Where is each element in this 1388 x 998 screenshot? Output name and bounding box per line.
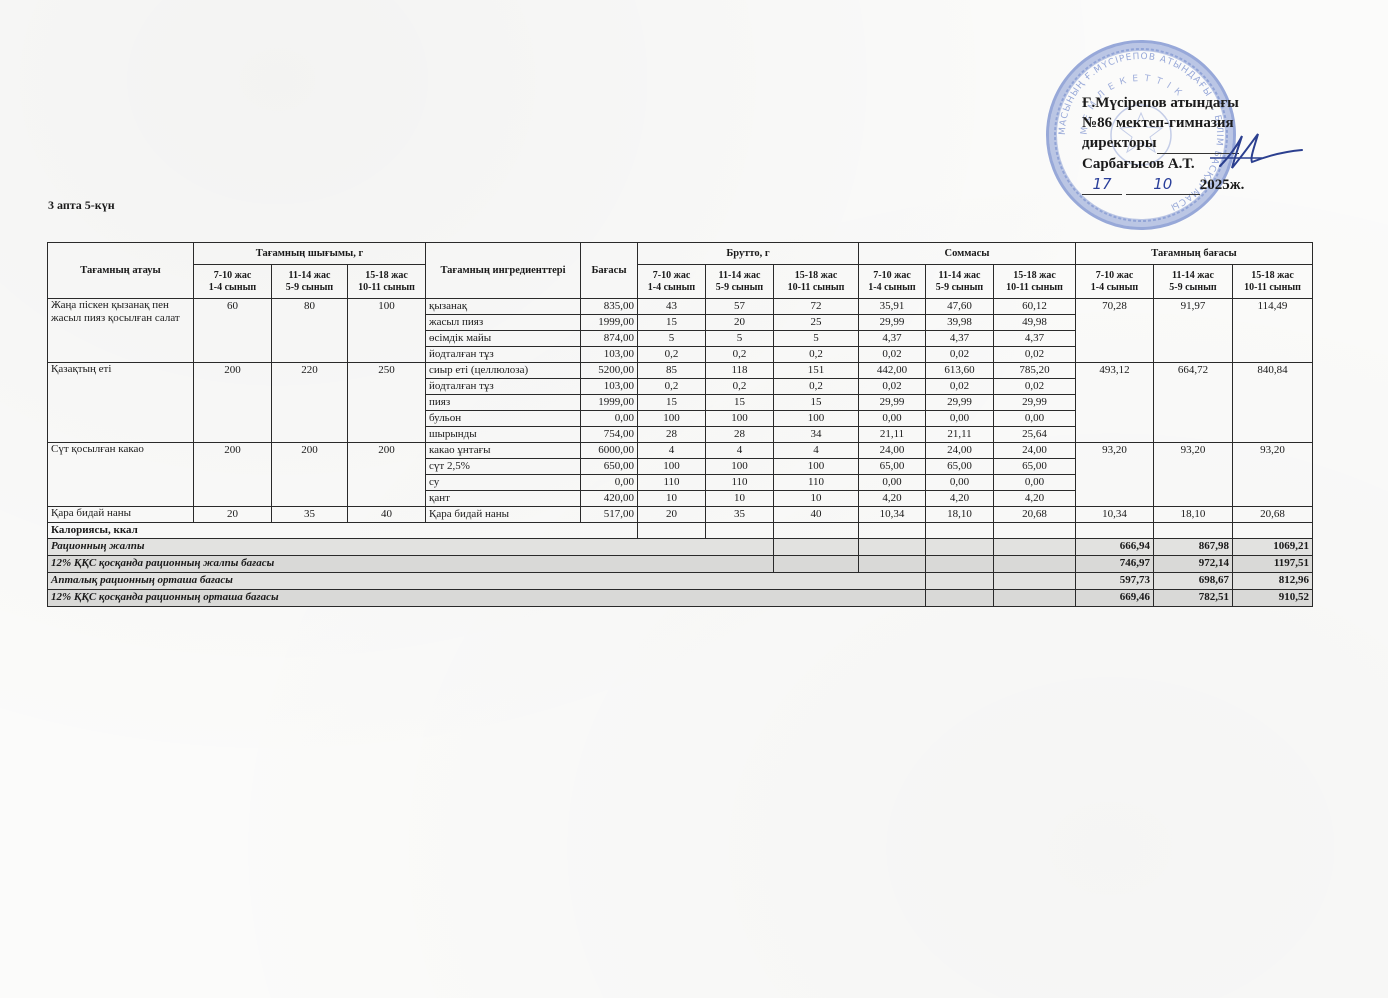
age-label: 11-14 жас: [929, 270, 990, 282]
ingredient-price: 6000,00: [581, 443, 638, 459]
ingredient-sum: 29,99: [859, 315, 926, 331]
ingredient-brutto: 118: [706, 363, 774, 379]
approval-position: директоры: [1082, 135, 1157, 151]
ingredient-brutto: 5: [638, 331, 706, 347]
header-dish-price-age-2: 11-14 жас5-9 сынып: [1154, 265, 1233, 299]
summary-empty: [859, 556, 926, 573]
ingredient-brutto: 28: [638, 427, 706, 443]
ingredient-sum: 49,98: [994, 315, 1076, 331]
table-row: Сүт қосылған какао200200200какао ұнтағы6…: [48, 443, 1313, 459]
ingredient-sum: 24,00: [859, 443, 926, 459]
ingredient-sum: 18,10: [926, 507, 994, 523]
ingredient-sum: 4,37: [994, 331, 1076, 347]
ingredient-sum: 0,00: [994, 411, 1076, 427]
dish-yield: 80: [272, 299, 348, 363]
ingredient-price: 0,00: [581, 475, 638, 491]
dish-price: 18,10: [1154, 507, 1233, 523]
ingredient-price: 1999,00: [581, 395, 638, 411]
ingredient-sum: 0,02: [926, 347, 994, 363]
grade-label: 5-9 сынып: [1157, 282, 1229, 294]
ingredient-sum: 785,20: [994, 363, 1076, 379]
header-brutto-age-2: 11-14 жас5-9 сынып: [706, 265, 774, 299]
ingredient-sum: 4,20: [859, 491, 926, 507]
header-brutto-group: Брутто, г: [638, 243, 859, 265]
age-label: 15-18 жас: [997, 270, 1072, 282]
ingredient-price: 0,00: [581, 411, 638, 427]
dish-name: Қара бидай наны: [48, 507, 194, 523]
dish-yield: 200: [348, 443, 426, 507]
summary-value: 666,94: [1076, 539, 1154, 556]
age-label: 7-10 жас: [197, 270, 268, 282]
ingredient-sum: 0,00: [994, 475, 1076, 491]
grade-label: 1-4 сынып: [641, 282, 702, 294]
dish-price: 93,20: [1154, 443, 1233, 507]
dish-name: Қазақтың еті: [48, 363, 194, 443]
ingredient-name: пияз: [426, 395, 581, 411]
ingredient-sum: 4,37: [926, 331, 994, 347]
summary-row: 12% ҚҚС қосқанда рационның жалпы бағасы7…: [48, 556, 1313, 573]
ingredient-brutto: 100: [638, 459, 706, 475]
ingredient-sum: 24,00: [994, 443, 1076, 459]
summary-empty: [926, 590, 994, 607]
dish-yield: 200: [272, 443, 348, 507]
dish-price: 664,72: [1154, 363, 1233, 443]
calories-value: [1154, 523, 1233, 539]
age-label: 7-10 жас: [862, 270, 922, 282]
summary-value: 910,52: [1233, 590, 1313, 607]
calories-value: [774, 523, 859, 539]
ingredient-brutto: 15: [706, 395, 774, 411]
ingredient-brutto: 0,2: [638, 347, 706, 363]
summary-value: 812,96: [1233, 573, 1313, 590]
header-dish-price-age-3: 15-18 жас10-11 сынып: [1233, 265, 1313, 299]
summary-row: Рационның жалпы666,94867,981069,21: [48, 539, 1313, 556]
calories-value: [994, 523, 1076, 539]
ingredient-brutto: 4: [774, 443, 859, 459]
ingredient-brutto: 15: [774, 395, 859, 411]
summary-empty: [994, 573, 1076, 590]
summary-label: Рационның жалпы: [48, 539, 774, 556]
summary-value: 669,46: [1076, 590, 1154, 607]
ingredient-sum: 4,20: [926, 491, 994, 507]
approval-date-day: 17: [1082, 174, 1122, 195]
ingredient-brutto: 72: [774, 299, 859, 315]
ingredient-brutto: 100: [638, 411, 706, 427]
ingredient-sum: 24,00: [926, 443, 994, 459]
summary-value: 867,98: [1154, 539, 1233, 556]
ingredient-brutto: 57: [706, 299, 774, 315]
ingredient-name: бульон: [426, 411, 581, 427]
ingredient-sum: 0,02: [994, 379, 1076, 395]
ingredient-brutto: 0,2: [706, 379, 774, 395]
age-label: 11-14 жас: [275, 270, 344, 282]
header-yield-age-3: 15-18 жас10-11 сынып: [348, 265, 426, 299]
ingredient-sum: 20,68: [994, 507, 1076, 523]
ingredient-brutto: 20: [638, 507, 706, 523]
dish-name: Сүт қосылған какао: [48, 443, 194, 507]
ingredient-price: 754,00: [581, 427, 638, 443]
summary-label: 12% ҚҚС қосқанда рационның жалпы бағасы: [48, 556, 774, 573]
ingredient-brutto: 15: [638, 395, 706, 411]
summary-empty: [994, 590, 1076, 607]
ingredient-brutto: 100: [706, 459, 774, 475]
ingredient-sum: 0,02: [859, 379, 926, 395]
ingredient-brutto: 40: [774, 507, 859, 523]
header-dish-price-group: Тағамның бағасы: [1076, 243, 1313, 265]
ingredient-price: 835,00: [581, 299, 638, 315]
summary-empty: [859, 539, 926, 556]
age-label: 15-18 жас: [351, 270, 422, 282]
grade-label: 10-11 сынып: [1236, 282, 1309, 294]
ingredient-sum: 0,00: [926, 475, 994, 491]
dish-yield: 100: [348, 299, 426, 363]
summary-empty: [774, 539, 859, 556]
calories-value: [638, 523, 706, 539]
header-dish-name: Тағамның атауы: [48, 243, 194, 299]
dish-price: 20,68: [1233, 507, 1313, 523]
header-sum-group: Соммасы: [859, 243, 1076, 265]
signature-icon: [1180, 128, 1310, 178]
ingredient-price: 517,00: [581, 507, 638, 523]
header-sum-age-1: 7-10 жас1-4 сынып: [859, 265, 926, 299]
ingredient-brutto: 151: [774, 363, 859, 379]
ingredient-brutto: 10: [638, 491, 706, 507]
ingredient-name: йодталған тұз: [426, 379, 581, 395]
grade-label: 5-9 сынып: [709, 282, 770, 294]
ingredient-sum: 35,91: [859, 299, 926, 315]
summary-empty: [926, 539, 994, 556]
ingredient-brutto: 0,2: [638, 379, 706, 395]
ingredient-sum: 4,37: [859, 331, 926, 347]
ingredient-price: 103,00: [581, 347, 638, 363]
summary-empty: [926, 573, 994, 590]
dish-price: 93,20: [1076, 443, 1154, 507]
summary-empty: [994, 539, 1076, 556]
ingredient-name: сүт 2,5%: [426, 459, 581, 475]
dish-yield: 220: [272, 363, 348, 443]
ingredient-sum: 65,00: [926, 459, 994, 475]
grade-label: 10-11 сынып: [777, 282, 855, 294]
summary-value: 782,51: [1154, 590, 1233, 607]
dish-yield: 200: [194, 363, 272, 443]
approval-date-year: 2025ж.: [1200, 177, 1245, 193]
ingredient-sum: 21,11: [926, 427, 994, 443]
summary-label: 12% ҚҚС қосқанда рационның орташа бағасы: [48, 590, 926, 607]
ingredient-brutto: 10: [774, 491, 859, 507]
ingredient-brutto: 110: [706, 475, 774, 491]
summary-value: 1197,51: [1233, 556, 1313, 573]
ingredient-sum: 0,02: [994, 347, 1076, 363]
grade-label: 10-11 сынып: [351, 282, 422, 294]
ingredient-brutto: 20: [706, 315, 774, 331]
ingredient-sum: 39,98: [926, 315, 994, 331]
header-yield-age-2: 11-14 жас5-9 сынып: [272, 265, 348, 299]
dish-price: 70,28: [1076, 299, 1154, 363]
ingredient-name: шырынды: [426, 427, 581, 443]
ingredient-sum: 10,34: [859, 507, 926, 523]
ingredient-brutto: 0,2: [706, 347, 774, 363]
ingredient-price: 650,00: [581, 459, 638, 475]
ingredient-sum: 0,00: [859, 411, 926, 427]
table-row: Жаңа піскен қызанақ пен жасыл пияз қосыл…: [48, 299, 1313, 315]
header-brutto-age-1: 7-10 жас1-4 сынып: [638, 265, 706, 299]
dish-yield: 200: [194, 443, 272, 507]
dish-yield: 60: [194, 299, 272, 363]
ingredient-sum: 613,60: [926, 363, 994, 379]
summary-empty: [774, 556, 859, 573]
ingredient-name: какао ұнтағы: [426, 443, 581, 459]
ingredient-brutto: 15: [638, 315, 706, 331]
calories-value: [706, 523, 774, 539]
dish-name: Жаңа піскен қызанақ пен жасыл пияз қосыл…: [48, 299, 194, 363]
ingredient-price: 103,00: [581, 379, 638, 395]
header-yield-group: Тағамның шығымы, г: [194, 243, 426, 265]
header-dish-price-age-1: 7-10 жас1-4 сынып: [1076, 265, 1154, 299]
header-yield-age-1: 7-10 жас1-4 сынып: [194, 265, 272, 299]
ingredient-brutto: 5: [706, 331, 774, 347]
ingredient-brutto: 0,2: [774, 379, 859, 395]
grade-label: 1-4 сынып: [1079, 282, 1150, 294]
dish-price: 493,12: [1076, 363, 1154, 443]
header-price: Бағасы: [581, 243, 638, 299]
ingredient-name: су: [426, 475, 581, 491]
table-row: Қара бидай наны203540Қара бидай наны517,…: [48, 507, 1313, 523]
dish-yield: 40: [348, 507, 426, 523]
ingredient-name: қызанақ: [426, 299, 581, 315]
ingredient-brutto: 0,2: [774, 347, 859, 363]
calories-label: Калориясы, ккал: [48, 523, 638, 539]
ingredient-sum: 29,99: [926, 395, 994, 411]
ingredient-name: өсімдік майы: [426, 331, 581, 347]
ingredient-sum: 29,99: [859, 395, 926, 411]
ingredient-brutto: 100: [774, 459, 859, 475]
grade-label: 5-9 сынып: [929, 282, 990, 294]
ingredient-price: 420,00: [581, 491, 638, 507]
menu-table: Тағамның атауы Тағамның шығымы, г Тағамн…: [47, 242, 1313, 607]
age-label: 15-18 жас: [777, 270, 855, 282]
ingredient-brutto: 110: [638, 475, 706, 491]
ingredient-brutto: 25: [774, 315, 859, 331]
dish-price: 114,49: [1233, 299, 1313, 363]
ingredient-brutto: 100: [774, 411, 859, 427]
ingredient-brutto: 4: [706, 443, 774, 459]
ingredient-brutto: 10: [706, 491, 774, 507]
ingredient-name: сиыр еті (целлюлоза): [426, 363, 581, 379]
ingredient-name: йодталған тұз: [426, 347, 581, 363]
age-label: 7-10 жас: [641, 270, 702, 282]
grade-label: 5-9 сынып: [275, 282, 344, 294]
ingredient-brutto: 4: [638, 443, 706, 459]
summary-value: 746,97: [1076, 556, 1154, 573]
ingredient-sum: 25,64: [994, 427, 1076, 443]
calories-value: [1076, 523, 1154, 539]
summary-value: 698,67: [1154, 573, 1233, 590]
header-ingredients: Тағамның ингредиенттері: [426, 243, 581, 299]
calories-row: Калориясы, ккал: [48, 523, 1313, 539]
summary-row: 12% ҚҚС қосқанда рационның орташа бағасы…: [48, 590, 1313, 607]
sheet-title: 3 апта 5-күн: [48, 198, 115, 213]
grade-label: 1-4 сынып: [862, 282, 922, 294]
header-sum-age-3: 15-18 жас10-11 сынып: [994, 265, 1076, 299]
dish-price: 10,34: [1076, 507, 1154, 523]
ingredient-brutto: 28: [706, 427, 774, 443]
ingredient-brutto: 85: [638, 363, 706, 379]
table-row: Қазақтың еті200220250сиыр еті (целлюлоза…: [48, 363, 1313, 379]
calories-value: [926, 523, 994, 539]
ingredient-brutto: 100: [706, 411, 774, 427]
ingredient-brutto: 34: [774, 427, 859, 443]
ingredient-brutto: 35: [706, 507, 774, 523]
dish-yield: 35: [272, 507, 348, 523]
ingredient-brutto: 5: [774, 331, 859, 347]
summary-row: Апталық рационның орташа бағасы597,73698…: [48, 573, 1313, 590]
age-label: 11-14 жас: [1157, 270, 1229, 282]
summary-empty: [926, 556, 994, 573]
grade-label: 1-4 сынып: [197, 282, 268, 294]
dish-yield: 20: [194, 507, 272, 523]
dish-price: 91,97: [1154, 299, 1233, 363]
dish-price: 93,20: [1233, 443, 1313, 507]
calories-value: [859, 523, 926, 539]
summary-value: 1069,21: [1233, 539, 1313, 556]
ingredient-sum: 0,02: [859, 347, 926, 363]
calories-value: [1233, 523, 1313, 539]
approval-school-name: Ғ.Мүсірепов атындағы: [1082, 93, 1312, 113]
ingredient-brutto: 110: [774, 475, 859, 491]
ingredient-price: 874,00: [581, 331, 638, 347]
ingredient-sum: 47,60: [926, 299, 994, 315]
age-label: 7-10 жас: [1079, 270, 1150, 282]
ingredient-price: 1999,00: [581, 315, 638, 331]
ingredient-sum: 4,20: [994, 491, 1076, 507]
ingredient-brutto: 43: [638, 299, 706, 315]
grade-label: 10-11 сынып: [997, 282, 1072, 294]
ingredient-price: 5200,00: [581, 363, 638, 379]
ingredient-sum: 60,12: [994, 299, 1076, 315]
header-sum-age-2: 11-14 жас5-9 сынып: [926, 265, 994, 299]
ingredient-sum: 0,00: [926, 411, 994, 427]
ingredient-name: Қара бидай наны: [426, 507, 581, 523]
ingredient-name: жасыл пияз: [426, 315, 581, 331]
ingredient-sum: 0,00: [859, 475, 926, 491]
summary-value: 972,14: [1154, 556, 1233, 573]
ingredient-sum: 65,00: [994, 459, 1076, 475]
dish-price: 840,84: [1233, 363, 1313, 443]
summary-label: Апталық рационның орташа бағасы: [48, 573, 926, 590]
ingredient-sum: 65,00: [859, 459, 926, 475]
age-label: 11-14 жас: [709, 270, 770, 282]
header-brutto-age-3: 15-18 жас10-11 сынып: [774, 265, 859, 299]
ingredient-sum: 21,11: [859, 427, 926, 443]
dish-yield: 250: [348, 363, 426, 443]
ingredient-sum: 29,99: [994, 395, 1076, 411]
summary-empty: [994, 556, 1076, 573]
ingredient-sum: 442,00: [859, 363, 926, 379]
ingredient-name: қант: [426, 491, 581, 507]
ingredient-sum: 0,02: [926, 379, 994, 395]
age-label: 15-18 жас: [1236, 270, 1309, 282]
summary-value: 597,73: [1076, 573, 1154, 590]
